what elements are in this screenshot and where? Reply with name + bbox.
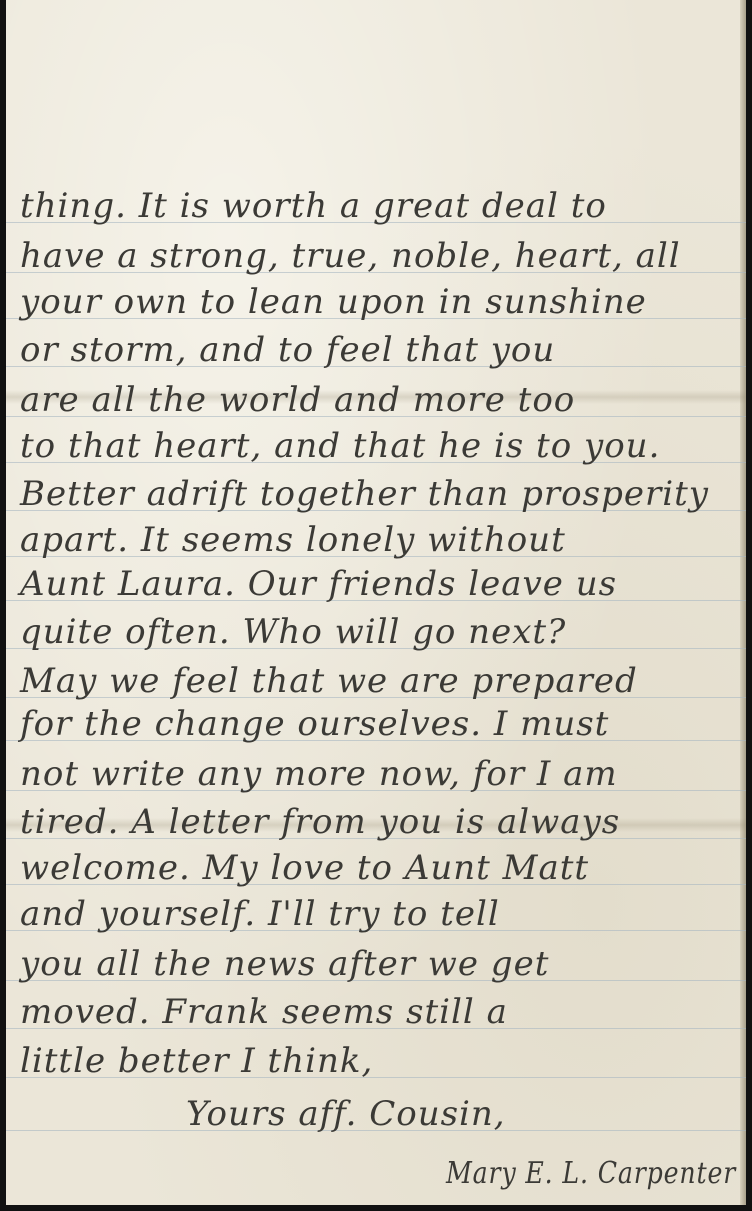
letter-line: May we feel that we are prepared — [20, 661, 638, 701]
letter-line: and yourself. I'll try to tell — [20, 894, 500, 934]
letter-line: Better adrift together than prosperity — [20, 474, 709, 514]
letter-line: are all the world and more too — [20, 380, 575, 420]
letter-signature: Mary E. L. Carpenter — [446, 1156, 736, 1191]
letter-line: tired. A letter from you is always — [20, 802, 620, 842]
letter-line: welcome. My love to Aunt Matt — [20, 848, 589, 888]
letter-line: your own to lean upon in sunshine — [20, 282, 647, 322]
letter-line: moved. Frank seems still a — [20, 992, 508, 1032]
letter-line: you all the news after we get — [20, 944, 549, 984]
letter-line: have a strong, true, noble, heart, all — [20, 236, 681, 276]
letter-line: thing. It is worth a great deal to — [20, 186, 607, 226]
letter-line: Aunt Laura. Our friends leave us — [20, 564, 617, 604]
letter-line: to that heart, and that he is to you. — [20, 426, 660, 466]
letter-page: thing. It is worth a great deal tohave a… — [6, 0, 746, 1205]
letter-line: apart. It seems lonely without — [20, 520, 566, 560]
letter-line: little better I think, — [20, 1041, 373, 1081]
letter-closing: Yours aff. Cousin, — [186, 1094, 506, 1134]
paper-right-edge — [740, 0, 746, 1205]
letter-line: for the change ourselves. I must — [20, 704, 609, 744]
letter-line: not write any more now, for I am — [20, 754, 618, 794]
letter-line: or storm, and to feel that you — [20, 330, 555, 370]
letter-line: quite often. Who will go next? — [20, 612, 566, 652]
